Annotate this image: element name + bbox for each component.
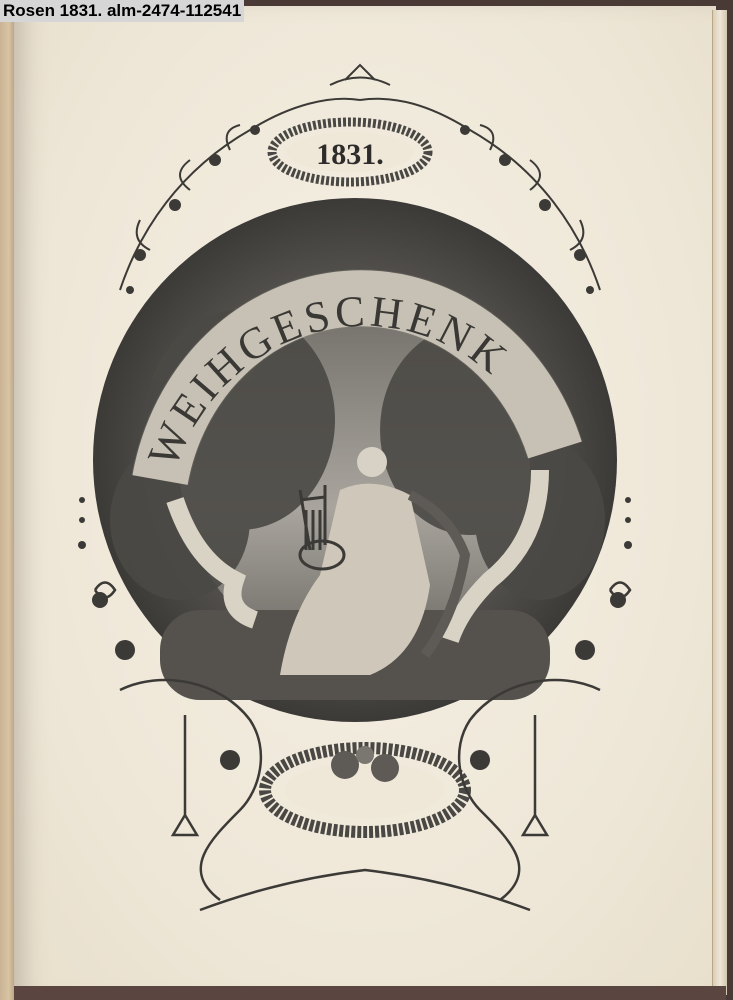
image-caption: Rosen 1831. alm-2474-112541 bbox=[0, 0, 244, 22]
bottom-flower-wreath bbox=[265, 746, 465, 832]
engraving: 1831. WEIHGESCHENK ~~~ ~~~ ~~~ ~~~ ~~~ bbox=[0, 0, 733, 1000]
year-label: 1831. bbox=[316, 138, 384, 171]
